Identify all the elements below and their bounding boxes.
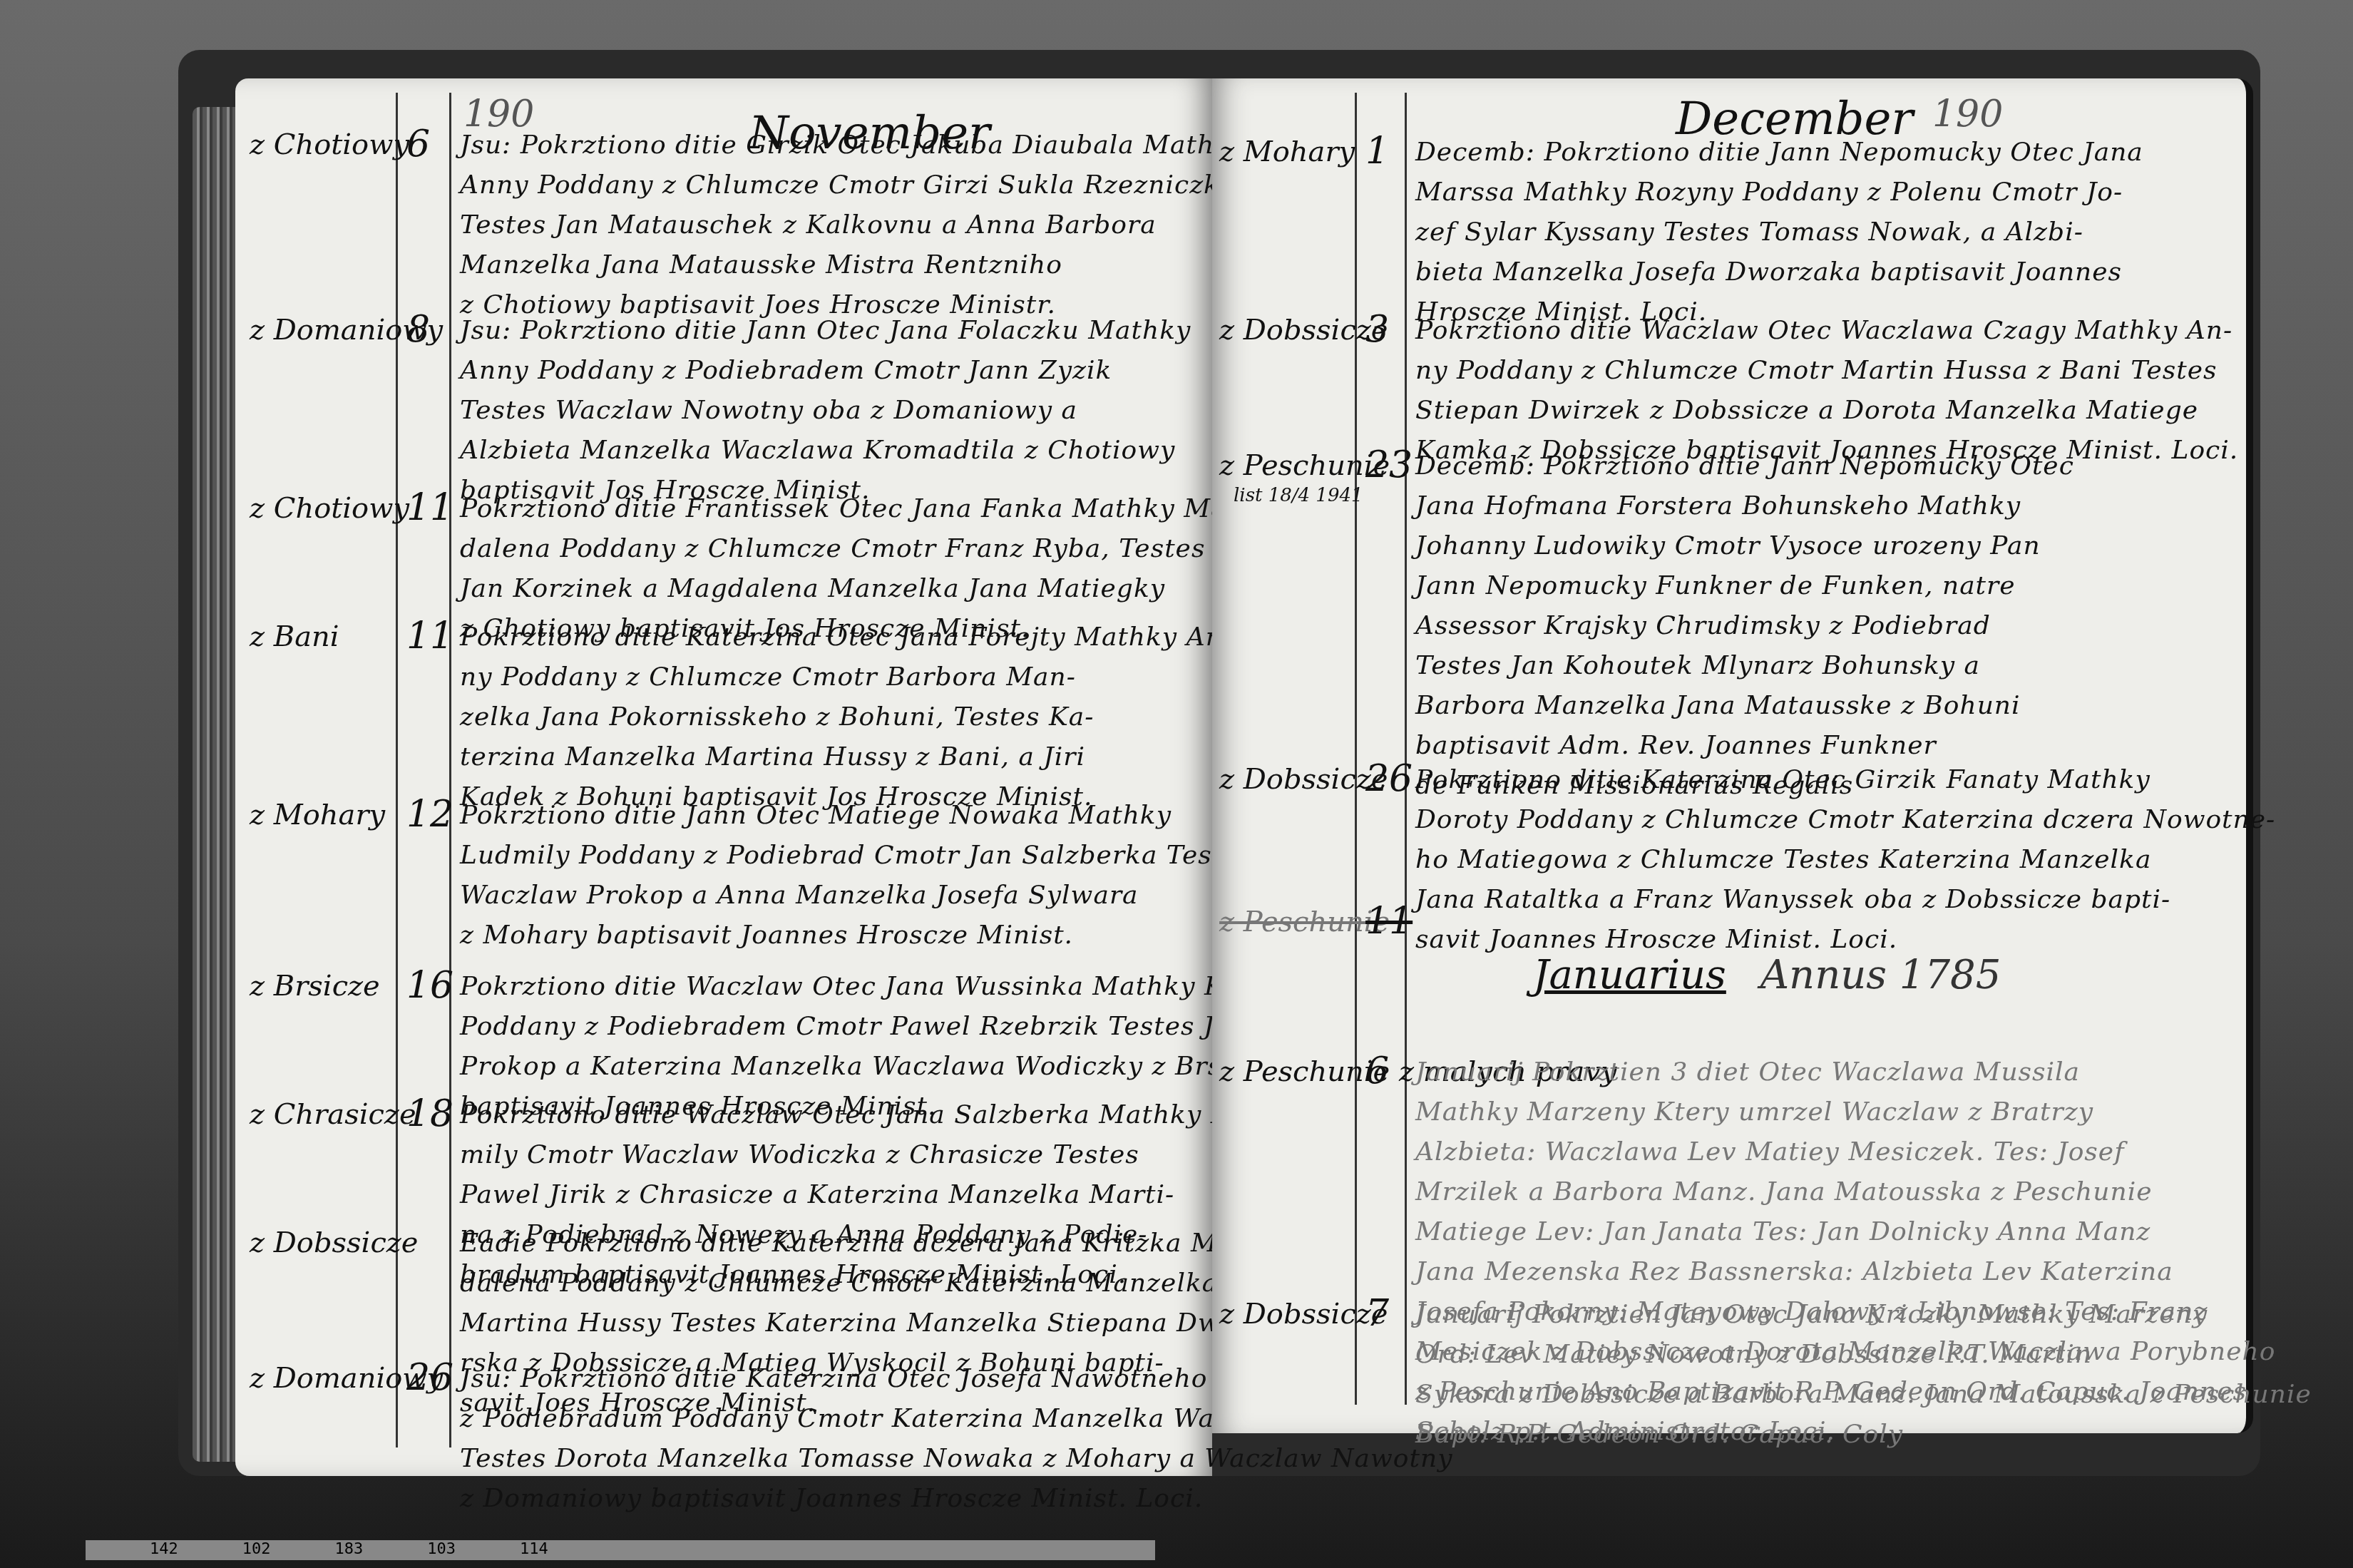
entry-line: Anny Poddany z Chlumcze Cmotr Girzi Sukl… — [460, 165, 1246, 205]
entry-date: 11 — [1365, 900, 1413, 943]
entry-line: Bapt: R.P. Gedeon Ord. Capuc. Coly — [1415, 1415, 2312, 1455]
register-entry: Jsu: Pokrztiono ditie Girzik Otec Jakuba… — [460, 125, 1246, 325]
entry-line: ho Matiegowa z Chlumcze Testes Katerzina… — [1415, 840, 2275, 880]
entry-line: mily Cmotr Waczlaw Wodiczka z Chrasicze … — [460, 1135, 1272, 1175]
entry-line: Pokrztiono ditie Jann Otec Matiege Nowak… — [460, 796, 1253, 836]
entry-line: Alzbieta Manzelka Waczlawa Kromadtila z … — [460, 431, 1191, 471]
entry-line: Jana Mezenska Rez Bassnerska: Alzbieta L… — [1415, 1252, 2275, 1292]
film-frame-strip: 142102183103114 — [86, 1540, 1155, 1560]
place-name: z Peschunie — [1219, 449, 1390, 482]
entry-line: Testes Waczlaw Nowotny oba z Domaniowy a — [460, 391, 1191, 431]
entry-line: zef Sylar Kyssany Testes Tomass Nowak, a… — [1415, 212, 2143, 252]
entry-line: Pokrztiono ditie Frantissek Otec Jana Fa… — [460, 489, 1254, 529]
entry-date: 6 — [1365, 1050, 1389, 1092]
entry-line: Jan Korzinek a Magdalena Manzelka Jana M… — [460, 569, 1254, 609]
place-name: z Chrasicze — [250, 1098, 416, 1131]
margin-rule-date — [449, 93, 451, 1447]
place-name: z Dobssicze — [250, 1226, 419, 1259]
place-name: z Brsicze — [250, 970, 380, 1003]
entry-line: Johanny Ludowiky Cmotr Vysoce urozeny Pa… — [1415, 526, 2074, 566]
entry-line: zelka Jana Pokornisskeho z Bohuni, Teste… — [460, 697, 1232, 737]
entry-line: Stiepan Dwirzek z Dobssicze a Dorota Man… — [1415, 391, 2238, 431]
entry-date: 26 — [406, 1356, 453, 1399]
entry-line: Sykora z Dobssicze a Barbora Manz. Jana … — [1415, 1375, 2312, 1415]
entry-line: Marssa Mathky Rozyny Poddany z Polenu Cm… — [1415, 173, 2143, 212]
entry-line: Pokrztiono ditie Waczlaw Otec Jana Wussi… — [460, 967, 1336, 1007]
register-entry: Jsu: Pokrztiono ditie Jann Otec Jana Fol… — [460, 311, 1191, 511]
place-name: z Dobssicze — [1219, 314, 1388, 347]
entry-line: dalena Poddany z Chlumcze Cmotr Franz Ry… — [460, 529, 1254, 569]
entry-date: 11 — [406, 486, 453, 529]
entry-line: Ord: Lev Matiey Nowotny z Dobssicze P.T.… — [1415, 1335, 2312, 1375]
entry-line: Manzelka Jana Matausske Mistra Rentzniho — [460, 245, 1246, 285]
entry-line: Doroty Poddany z Chlumcze Cmotr Katerzin… — [1415, 800, 2275, 840]
entry-date: 8 — [406, 308, 430, 351]
register-entry: Pokrztiono ditie Jann Otec Matiege Nowak… — [460, 796, 1253, 955]
place-name: z Dobssicze — [1219, 1298, 1388, 1331]
margin-rule-date — [1405, 93, 1407, 1405]
register-entry: Januarij Pokrztien Jan Otec Jana Kriczky… — [1415, 1295, 2312, 1455]
year-month-heading: Januarius Annus 1785 — [1533, 952, 2001, 998]
entry-line: Poddany z Podiebradem Cmotr Pawel Rzebrz… — [460, 1007, 1336, 1047]
entry-line: Mrzilek a Barbora Manz. Jana Matousska z… — [1415, 1172, 2275, 1212]
entry-line: bieta Manzelka Josefa Dworzaka baptisavi… — [1415, 252, 2143, 292]
entry-date: 18 — [406, 1092, 453, 1135]
register-entry: Decemb: Pokrztiono ditie Jann Nepomucky … — [1415, 133, 2143, 332]
entry-date: 12 — [406, 793, 453, 836]
entry-date: 7 — [1365, 1292, 1389, 1335]
entry-line: Mathky Marzeny Ktery umrzel Waczlaw z Br… — [1415, 1092, 2275, 1132]
entry-line: ny Poddany z Chlumcze Cmotr Martin Hussa… — [1415, 351, 2238, 391]
place-name: z Mohary — [250, 799, 385, 831]
entry-line: Testes Jan Matauschek z Kalkovnu a Anna … — [460, 205, 1246, 245]
register-entry: Decemb: Pokrztiono ditie Jann Nepomucky … — [1415, 446, 2074, 806]
entry-line: terzina Manzelka Martina Hussy z Bani, a… — [460, 737, 1232, 777]
entry-date: 11 — [406, 615, 453, 657]
entry-date: 6 — [406, 123, 430, 165]
register-entry: Pokrztiono ditie Katerzina Otec Girzik F… — [1415, 760, 2275, 960]
place-name: z Peschunie — [1219, 906, 1390, 938]
entry-date: 1 — [1365, 130, 1389, 173]
place-name: z Mohary — [1219, 135, 1355, 168]
place-name: z Chotiowy — [250, 128, 409, 161]
entry-line: Decemb: Pokrztiono ditie Jann Nepomucky … — [1415, 133, 2143, 173]
entry-line: Prokop a Katerzina Manzelka Waczlawa Wod… — [460, 1047, 1336, 1087]
frame-label: 103 — [427, 1540, 456, 1558]
entry-date: 3 — [1365, 308, 1389, 351]
margin-rule-place — [1355, 93, 1357, 1405]
frame-label: 102 — [242, 1540, 271, 1558]
place-name: z Bani — [250, 620, 339, 653]
entry-line: z Mohary baptisavit Joannes Hroscze Mini… — [460, 916, 1253, 955]
entry-line: Januarij Pokrztien Jan Otec Jana Kriczky… — [1415, 1295, 2312, 1335]
folio-number: 190 — [1932, 93, 2003, 135]
entry-line: Testes Jan Kohoutek Mlynarz Bohunsky a — [1415, 646, 2074, 686]
entry-line: Pokrztiono ditie Waczlaw Otec Waczlawa C… — [1415, 311, 2238, 351]
entry-line: Pokrztiono ditie Katerzina Otec Jana For… — [460, 618, 1232, 657]
entry-line: Jann Nepomucky Funkner de Funken, natre — [1415, 566, 2074, 606]
entry-line: Anny Poddany z Podiebradem Cmotr Jann Zy… — [460, 351, 1191, 391]
entry-line: Pokrztiono ditie Waczlaw Otec Jana Salzb… — [460, 1095, 1272, 1135]
entry-line: Pokrztiono ditie Katerzina Otec Girzik F… — [1415, 760, 2275, 800]
entry-line: Jana Hofmana Forstera Bohunskeho Mathky — [1415, 486, 2074, 526]
frame-label: 183 — [335, 1540, 364, 1558]
entry-date: 23 — [1365, 444, 1413, 486]
entry-line: Decemb: Pokrztiono ditie Jann Nepomucky … — [1415, 446, 2074, 486]
entry-line: Jana Rataltka a Franz Wanyssek oba z Dob… — [1415, 880, 2275, 920]
margin-note: list 18/4 1941 — [1234, 485, 1363, 506]
entry-line: Pawel Jirik z Chrasicze a Katerzina Manz… — [460, 1175, 1272, 1215]
right-page: December 190 z Mohary1Decemb: Pokrztiono… — [1212, 78, 2253, 1433]
entry-line: Matiege Lev: Jan Janata Tes: Jan Dolnick… — [1415, 1212, 2275, 1252]
entry-line: Assessor Krajsky Chrudimsky z Podiebrad — [1415, 606, 2074, 646]
place-name: z Chotiowy — [250, 492, 409, 525]
place-name: z Dobssicze — [1219, 763, 1388, 796]
entry-line: ny Poddany z Chlumcze Cmotr Barbora Man- — [460, 657, 1232, 697]
entry-line: Jsu: Pokrztiono ditie Jann Otec Jana Fol… — [460, 311, 1191, 351]
entry-line: Barbora Manzelka Jana Matausske z Bohuni — [1415, 686, 2074, 726]
entry-line: z Domaniowy baptisavit Joannes Hroscze M… — [460, 1479, 1604, 1519]
entry-line: Ludmily Poddany z Podiebrad Cmotr Jan Sa… — [460, 836, 1253, 876]
entry-date: 16 — [406, 964, 453, 1007]
year-heading: Annus 1785 — [1760, 952, 2001, 998]
entry-line: Jsu: Pokrztiono ditie Girzik Otec Jakuba… — [460, 125, 1246, 165]
frame-label: 114 — [520, 1540, 548, 1558]
register-entry: Pokrztiono ditie Katerzina Otec Jana For… — [460, 618, 1232, 817]
january-heading: Januarius — [1533, 952, 1726, 998]
entry-date: 26 — [1365, 757, 1413, 800]
left-page: 190 November z Chotiowy6Jsu: Pokrztiono … — [235, 78, 1212, 1476]
entry-line: Alzbieta: Waczlawa Lev Matiey Mesiczek. … — [1415, 1132, 2275, 1172]
entry-line: Januarij Pokrztien 3 diet Otec Waczlawa … — [1415, 1052, 2275, 1092]
frame-label: 142 — [150, 1540, 178, 1558]
entry-line: Waczlaw Prokop a Anna Manzelka Josefa Sy… — [460, 876, 1253, 916]
